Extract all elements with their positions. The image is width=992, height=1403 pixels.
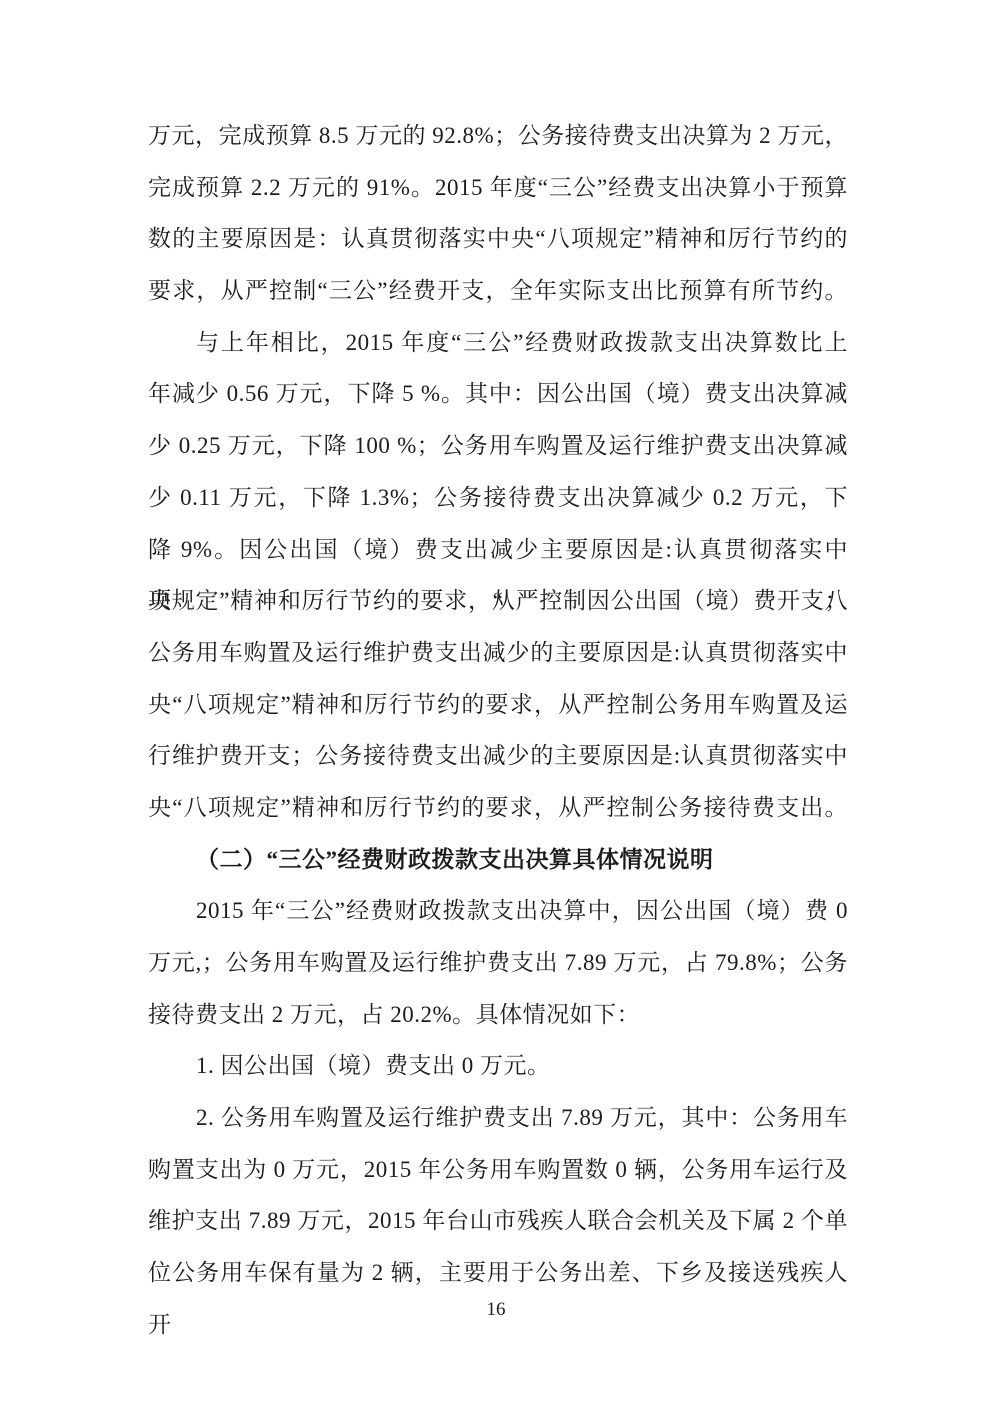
document-line: 1. 因公出国（境）费支出 0 万元。 <box>148 1040 848 1092</box>
document-line: 万元，完成预算 8.5 万元的 92.8%；公务接待费支出决算为 2 万元， <box>148 110 848 162</box>
document-line: 少 0.11 万元，下降 1.3%；公务接待费支出决算减少 0.2 万元，下 <box>148 472 848 524</box>
document-line: 央“八项规定”精神和厉行节约的要求，从严控制公务用车购置及运 <box>148 679 848 731</box>
document-line: 维护支出 7.89 万元，2015 年台山市残疾人联合会机关及下属 2 个单 <box>148 1195 848 1247</box>
document-line: 项规定”精神和厉行节约的要求，从严控制因公出国（境）费开支； <box>148 575 848 627</box>
document-line: 与上年相比，2015 年度“三公”经费财政拨款支出决算数比上 <box>148 317 848 369</box>
document-page: 万元，完成预算 8.5 万元的 92.8%；公务接待费支出决算为 2 万元， 完… <box>0 0 992 1403</box>
section-heading: （二）“三公”经费财政拨款支出决算具体情况说明 <box>148 834 848 886</box>
document-line: 接待费支出 2 万元，占 20.2%。具体情况如下： <box>148 989 848 1041</box>
document-line: 少 0.25 万元，下降 100 %；公务用车购置及运行维护费支出决算减 <box>148 420 848 472</box>
document-line: 央“八项规定”精神和厉行节约的要求，从严控制公务接待费支出。 <box>148 782 848 834</box>
page-number: 16 <box>0 1297 992 1323</box>
document-line: 年减少 0.56 万元，下降 5 %。其中：因公出国（境）费支出决算减 <box>148 368 848 420</box>
document-line: 购置支出为 0 万元，2015 年公务用车购置数 0 辆，公务用车运行及 <box>148 1144 848 1196</box>
document-line: 数的主要原因是：认真贯彻落实中央“八项规定”精神和厉行节约的 <box>148 213 848 265</box>
text-block: 万元，完成预算 8.5 万元的 92.8%；公务接待费支出决算为 2 万元， 完… <box>148 110 848 1299</box>
document-line: 万元,；公务用车购置及运行维护费支出 7.89 万元，占 79.8%；公务 <box>148 937 848 989</box>
document-line: 公务用车购置及运行维护费支出减少的主要原因是:认真贯彻落实中 <box>148 627 848 679</box>
document-line: 2015 年“三公”经费财政拨款支出决算中，因公出国（境）费 0 <box>148 885 848 937</box>
document-line: 2. 公务用车购置及运行维护费支出 7.89 万元，其中：公务用车 <box>148 1092 848 1144</box>
document-line: 降 9%。因公出国（境）费支出减少主要原因是:认真贯彻落实中央“八 <box>148 524 848 576</box>
document-line: 完成预算 2.2 万元的 91%。2015 年度“三公”经费支出决算小于预算 <box>148 162 848 214</box>
document-line: 要求，从严控制“三公”经费开支，全年实际支出比预算有所节约。 <box>148 265 848 317</box>
document-line: 位公务用车保有量为 2 辆，主要用于公务出差、下乡及接送残疾人开 <box>148 1247 848 1299</box>
document-line: 行维护费开支；公务接待费支出减少的主要原因是:认真贯彻落实中 <box>148 730 848 782</box>
